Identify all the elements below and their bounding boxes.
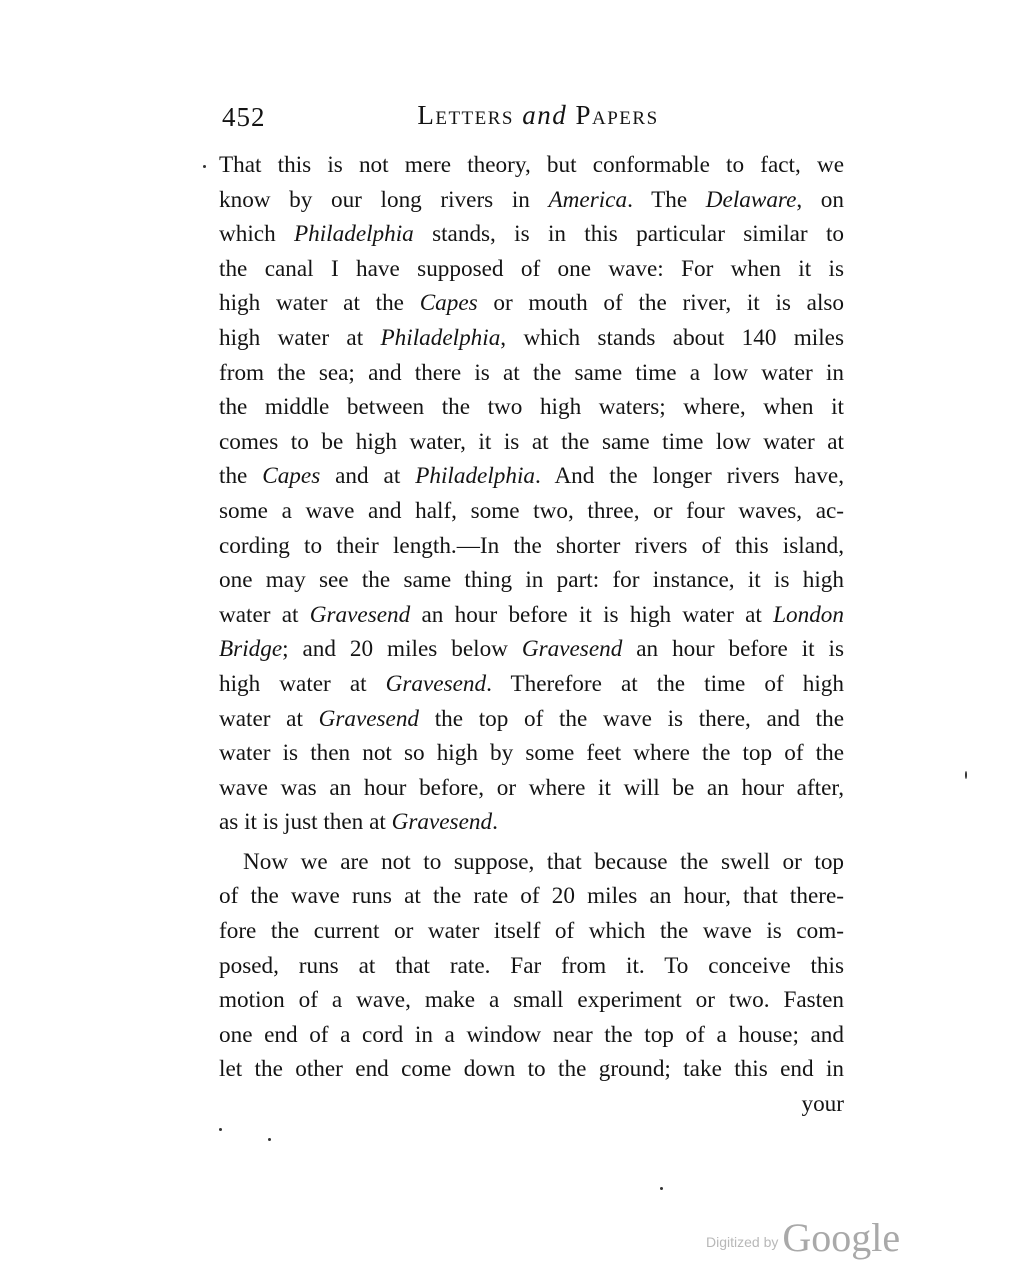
text-line: Now we are not to suppose, that because …: [219, 845, 844, 880]
place-name: London: [773, 602, 844, 628]
place-name: Delaware: [706, 187, 797, 213]
text-line: water at Gravesend an hour before it is …: [219, 598, 844, 633]
text-line: high water at Gravesend. Therefore at th…: [219, 667, 844, 702]
text-line: which Philadelphia stands, is in this pa…: [219, 217, 844, 252]
place-name: Gravesend: [386, 671, 486, 697]
place-name: Capes: [262, 463, 320, 489]
text-line: the canal I have supposed of one wave: F…: [219, 252, 844, 287]
place-name: Capes: [420, 290, 478, 316]
place-name: Gravesend: [522, 636, 622, 662]
text-line: let the other end come down to the groun…: [219, 1052, 844, 1087]
text-line: That this is not mere theory, but confor…: [219, 148, 844, 183]
watermark-prefix: Digitized by: [706, 1234, 778, 1250]
page-header: 452 Letters and Papers: [222, 100, 854, 140]
catchword: your: [219, 1087, 844, 1122]
text-line: comes to be high water, it is at the sam…: [219, 425, 844, 460]
text-line: posed, runs at that rate. Far from it. T…: [219, 949, 844, 984]
text-line: the middle between the two high waters; …: [219, 390, 844, 425]
text-line: one may see the same thing in part: for …: [219, 563, 844, 598]
text-line: water is then not so high by some feet w…: [219, 736, 844, 771]
text-line: as it is just then at Gravesend.: [219, 805, 844, 840]
scan-speck: [219, 1128, 222, 1131]
place-name: Philadelphia: [381, 325, 501, 351]
place-name: America: [549, 187, 628, 213]
scan-speck: [965, 771, 967, 779]
text-line: Bridge; and 20 miles below Gravesend an …: [219, 632, 844, 667]
text-line: cording to their length.—In the shorter …: [219, 529, 844, 564]
place-name: Bridge: [219, 636, 282, 662]
text-line: motion of a wave, make a small experimen…: [219, 983, 844, 1018]
scan-speck: [660, 1187, 663, 1190]
google-logo-text: Google: [782, 1215, 900, 1260]
text-line: one end of a cord in a window near the t…: [219, 1018, 844, 1053]
running-head-italic: and: [522, 100, 567, 130]
text-line: know by our long rivers in America. The …: [219, 183, 844, 218]
scan-speck: [203, 165, 206, 168]
text-line: of the wave runs at the rate of 20 miles…: [219, 879, 844, 914]
running-head-post: Papers: [567, 100, 658, 130]
text-line: water at Gravesend the top of the wave i…: [219, 702, 844, 737]
place-name: Philadelphia: [415, 463, 535, 489]
running-head: Letters and Papers: [222, 100, 854, 131]
text-line: high water at Philadelphia, which stands…: [219, 321, 844, 356]
place-name: Gravesend: [310, 602, 410, 628]
body-text: That this is not mere theory, but confor…: [219, 148, 844, 1122]
digitized-by-google-watermark: Digitized by Google: [706, 1214, 900, 1261]
place-name: Gravesend: [392, 809, 492, 835]
text-line: fore the current or water itself of whic…: [219, 914, 844, 949]
text-line: wave was an hour before, or where it wil…: [219, 771, 844, 806]
scanned-book-page: 452 Letters and Papers That this is not …: [0, 0, 1014, 1282]
text-line: from the sea; and there is at the same t…: [219, 356, 844, 391]
scan-speck: [268, 1138, 271, 1141]
place-name: Gravesend: [319, 706, 419, 732]
text-line: some a wave and half, some two, three, o…: [219, 494, 844, 529]
place-name: Philadelphia: [294, 221, 414, 247]
text-line: the Capes and at Philadelphia. And the l…: [219, 459, 844, 494]
text-line: high water at the Capes or mouth of the …: [219, 286, 844, 321]
running-head-pre: Letters: [417, 100, 522, 130]
